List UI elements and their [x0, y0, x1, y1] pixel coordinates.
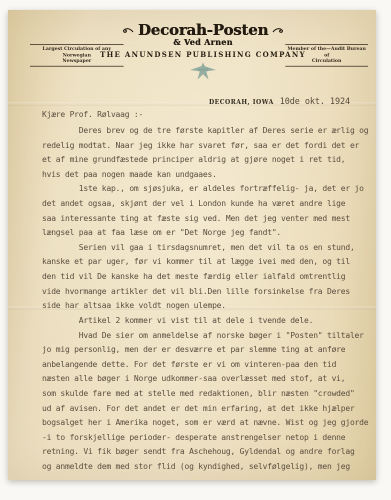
typed-line: jo mig personlig, men der er desværre et… — [42, 345, 374, 360]
salutation: Kjære Prof. Rølvaag :- — [42, 110, 374, 126]
company-name: THE ANUNDSEN PUBLISHING COMPANY — [30, 51, 376, 59]
typed-line: Hvad De sier om anmeldelse af norske bøg… — [42, 331, 374, 346]
typed-line: Deres brev og de tre første kapitler af … — [42, 126, 374, 141]
typed-line: længsel paa at faa læse om er "Det Norge… — [42, 228, 374, 243]
newspaper-title: Decorah-Posten — [138, 22, 268, 38]
scanned-letter-background: Largest Circulation of any Norwegian New… — [0, 0, 391, 500]
typed-line: 1ste kap., om sjøsjuka, er aldeles fortr… — [42, 184, 374, 199]
typed-line: næsten alle bøger i Norge udkommer-saa o… — [42, 374, 374, 389]
typed-line: anbelangende dette. For det første er vi… — [42, 360, 374, 375]
typed-line: og anmeldte dem med stor flid (og kyndig… — [42, 462, 374, 477]
masthead: Decorah-Posten & Ved Arnen THE ANUNDSEN … — [8, 20, 376, 85]
typed-line: redelig modtat. Naar jeg ikke har svaret… — [42, 141, 374, 156]
typed-line: kanske et par uger, før vi kommer til at… — [42, 257, 374, 272]
dateline-place: DECORAH, IOWA — [209, 99, 274, 106]
dateline-date: 10de okt. 1924 — [280, 97, 350, 107]
newspaper-subtitle: & Ved Arnen — [30, 38, 376, 47]
letter-page: Largest Circulation of any Norwegian New… — [8, 10, 376, 480]
typed-line: et af mine grundfæstede principer aldrig… — [42, 155, 374, 170]
typed-line: -i to forskjellige perioder- desperate a… — [42, 433, 374, 448]
typed-line: bogsalget her i Amerika noget, som er væ… — [42, 418, 374, 433]
body-lines: Deres brev og de tre første kapitler af … — [42, 126, 374, 477]
flourish-right-icon — [272, 20, 284, 39]
typed-line: saa interessante ting at fæste sig ved. … — [42, 214, 374, 229]
typed-line: som skulde fare med at stelle med redakt… — [42, 389, 374, 404]
typed-line: Artikel 2 kommer vi vist til at dele i t… — [42, 316, 374, 331]
typed-line: hvis det paa nogen maade kan undgaaes. — [42, 170, 374, 185]
typed-line: retning. Vi fik bøger sendt fra Aschehou… — [42, 447, 374, 462]
typed-line: ud af avisen. For det andet er det min e… — [42, 404, 374, 419]
flourish-left-icon — [122, 20, 134, 39]
typed-line: vide hvormange artikler det vil bli.Den … — [42, 287, 374, 302]
typed-line: Serien vil gaa i tirsdagsnumret, men det… — [42, 243, 374, 258]
typed-line: side har altsaa ikke voldt nogen ulempe. — [42, 301, 374, 316]
eagle-emblem-icon — [30, 62, 376, 85]
letter-body: Kjære Prof. Rølvaag :- Deres brev og de … — [42, 110, 374, 477]
dateline: DECORAH, IOWA10de okt. 1924 — [209, 89, 350, 108]
typed-line: den tid vil De kanske ha det meste færdi… — [42, 272, 374, 287]
typed-line: det andet ogsaa, skjønt der vel i London… — [42, 199, 374, 214]
